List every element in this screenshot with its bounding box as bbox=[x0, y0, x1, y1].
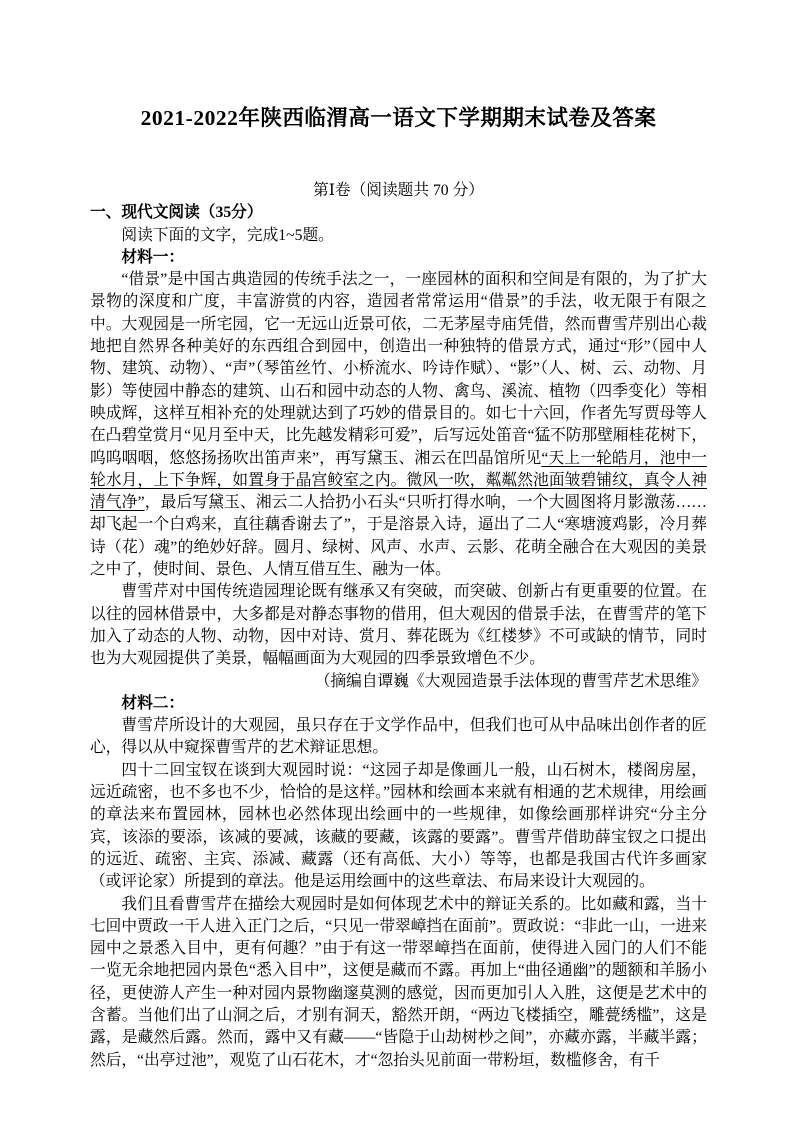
material1-paragraph-1: “借景”是中国古典造园的传统手法之一，一座园林的面积和空间是有限的，为了扩大景物… bbox=[90, 269, 707, 581]
section-heading-modern-text-reading: 一、现代文阅读（35分） bbox=[90, 202, 707, 224]
material2-paragraph-1: 曹雪芹所设计的大观园，虽只存在于文学作品中，但我们也可从中品味出创作者的匠心，得… bbox=[90, 715, 707, 760]
volume-header: 第Ⅰ卷（阅读题共 70 分） bbox=[90, 180, 707, 202]
material1-p1-post-text: ，最后写黛玉、湘云二人拾扔小石头“只听打得水响，一个大圆图将月影激荡……却飞起一… bbox=[90, 494, 707, 578]
material1-attribution: （摘编自谭巍《大观园造景手法体现的曹雪芹艺术思维》 bbox=[90, 671, 707, 693]
material2-label: 材料二： bbox=[90, 693, 707, 715]
page-content: 2021-2022年陕西临渭高一语文下学期期末试卷及答案 第Ⅰ卷（阅读题共 70… bbox=[90, 0, 707, 1072]
exam-paper-page: 2021-2022年陕西临渭高一语文下学期期末试卷及答案 第Ⅰ卷（阅读题共 70… bbox=[0, 0, 794, 1123]
material2-paragraph-3: 我们且看曹雪芹在描绘大观园时是如何体现艺术中的辩证关系的。比如藏和露，当十七回中… bbox=[90, 894, 707, 1072]
material2-paragraph-2: 四十二回宝钗在谈到大观园时说：“这园子却是像画儿一般，山石树木，楼阁房屋，远近疏… bbox=[90, 760, 707, 894]
material1-paragraph-2: 曹雪芹对中国传统造园理论既有继承又有突破，而突破、创新占有更重要的位置。在以往的… bbox=[90, 581, 707, 670]
material1-p1-pre-text: “借景”是中国古典造园的传统手法之一，一座园林的面积和空间是有限的，为了扩大景物… bbox=[90, 271, 707, 466]
page-title: 2021-2022年陕西临渭高一语文下学期期末试卷及答案 bbox=[90, 103, 707, 133]
material1-label: 材料一： bbox=[90, 247, 707, 269]
reading-instruction: 阅读下面的文字，完成1~5题。 bbox=[90, 225, 707, 247]
